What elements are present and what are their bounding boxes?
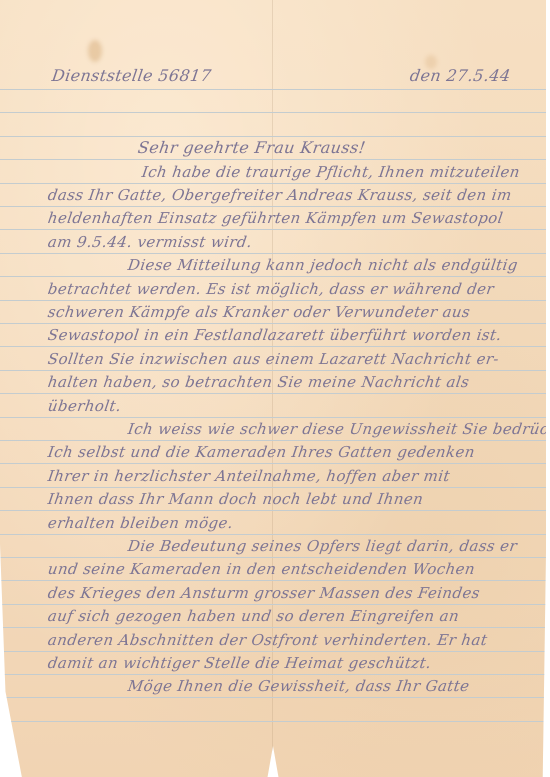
- ruled-line: [0, 604, 546, 605]
- letter-line: Sewastopol in ein Festlandlazarett überf…: [47, 326, 503, 344]
- letter-line: am 9.5.44. vermisst wird.: [47, 233, 254, 251]
- ruled-line: [0, 463, 546, 464]
- letter-line: Sollten Sie inzwischen aus einem Lazaret…: [47, 350, 501, 368]
- letter-line: Ich habe die traurige Pflicht, Ihnen mit…: [141, 163, 521, 181]
- ruled-line: [0, 393, 546, 394]
- letter-line: schweren Kämpfe als Kranker oder Verwund…: [47, 303, 472, 321]
- salutation: Sehr geehrte Frau Krauss!: [137, 138, 367, 157]
- ruled-line: [0, 136, 546, 137]
- ruled-line: [0, 674, 546, 675]
- letter-line: Ihrer in herzlichster Anteilnahme, hoffe…: [47, 467, 452, 485]
- letter-line: Ich selbst und die Kameraden Ihres Gatte…: [47, 443, 476, 461]
- ruled-line: [0, 627, 546, 628]
- ruled-line: [0, 112, 546, 113]
- ruled-line: [0, 510, 546, 511]
- letter-line: anderen Abschnitten der Ostfront verhind…: [47, 631, 489, 649]
- date-line: den 27.5.44: [409, 66, 512, 85]
- ruled-line: [0, 253, 546, 254]
- ruled-line: [0, 557, 546, 558]
- ruled-line: [0, 370, 546, 371]
- letter-line: und seine Kameraden in den entscheidende…: [47, 560, 477, 578]
- ruled-line: [0, 229, 546, 230]
- ruled-line: [0, 487, 546, 488]
- letter-line: dass Ihr Gatte, Obergefreiter Andreas Kr…: [47, 186, 513, 204]
- letter-line: Die Bedeutung seines Opfers liegt darin,…: [127, 537, 519, 555]
- letter-line: halten haben, so betrachten Sie meine Na…: [47, 373, 471, 391]
- letter-line: auf sich gezogen haben und so deren Eing…: [47, 607, 461, 625]
- ruled-line: [0, 323, 546, 324]
- letter-line: Ihnen dass Ihr Mann doch noch lebt und I…: [47, 490, 425, 508]
- letter-line: heldenhaften Einsatz geführten Kämpfen u…: [47, 209, 505, 227]
- ruled-line: [0, 300, 546, 301]
- letter-line: des Krieges den Ansturm grosser Massen d…: [47, 584, 481, 602]
- ruled-line: [0, 534, 546, 535]
- letter-line: Ich weiss wie schwer diese Ungewissheit …: [127, 420, 550, 438]
- sender-line: Dienststelle 56817: [51, 66, 213, 85]
- ruled-line: [0, 651, 546, 652]
- ruled-line: [0, 159, 546, 160]
- letter-paper: Dienststelle 56817 den 27.5.44 Sehr geeh…: [0, 0, 546, 777]
- ruled-line: [0, 417, 546, 418]
- ruled-line: [0, 346, 546, 347]
- ruled-line: [0, 276, 546, 277]
- letter-line: Diese Mitteilung kann jedoch nicht als e…: [127, 256, 519, 274]
- ruled-line: [0, 697, 546, 698]
- letter-line: damit an wichtiger Stelle die Heimat ges…: [47, 654, 433, 672]
- letter-line: erhalten bleiben möge.: [47, 514, 235, 532]
- letter-line: Möge Ihnen die Gewissheit, dass Ihr Gatt…: [127, 677, 471, 695]
- ruled-line: [0, 721, 546, 722]
- ruled-line: [0, 89, 546, 90]
- ruled-line: [0, 183, 546, 184]
- letter-line: betrachtet werden. Es ist möglich, dass …: [47, 280, 496, 298]
- letter-line: überholt.: [47, 397, 123, 415]
- paper-stain: [88, 40, 102, 62]
- ruled-line: [0, 580, 546, 581]
- ruled-line: [0, 206, 546, 207]
- ruled-line: [0, 440, 546, 441]
